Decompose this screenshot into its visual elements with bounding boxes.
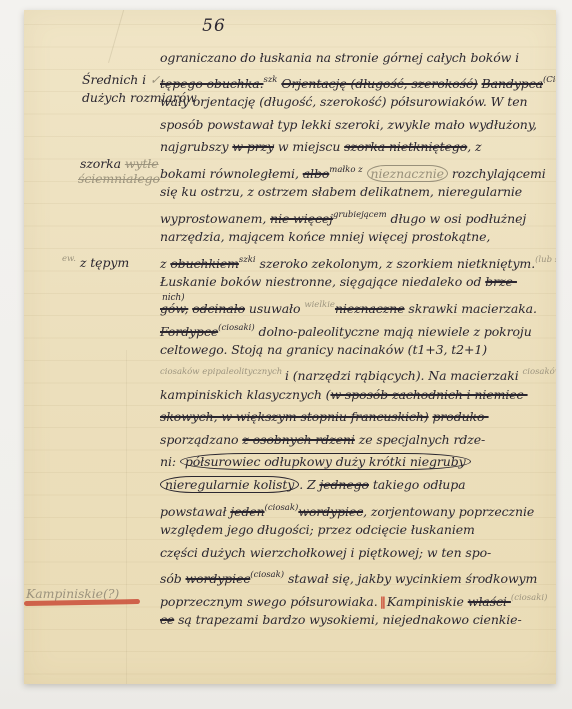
manuscript-line: Fordypce(ciosaki) dolno-paleolityczne ma… (160, 320, 532, 340)
manuscript-line: z obuchkiemszki szeroko zekolonym, z szo… (160, 252, 556, 272)
manuscript-line: części dużych wierzchołkowej i piętkowej… (160, 545, 491, 561)
text-segment: części dużych wierzchołkowej i piętkowej… (160, 545, 491, 560)
text-segment: ograniczano do łuskania na stronie górne… (160, 50, 519, 65)
text-segment: celtowego. Stoją na granicy nacinaków (t… (160, 342, 487, 357)
text-segment: wielkie (304, 300, 335, 310)
margin-note-line: szorka wytłe (80, 156, 159, 172)
manuscript-line: ciosaków epipaleolitycznych i (narzędzi … (160, 364, 556, 384)
manuscript-line: tępego obuchka.szk Orjentację (długość, … (160, 72, 556, 92)
text-segment: jeden (230, 504, 264, 519)
text-segment: wytłe (125, 156, 159, 171)
text-segment: (ciosaki) (218, 323, 255, 333)
text-segment: (ciosak) (250, 570, 284, 580)
manuscript-line: poprzecznym swego półsurowiaka.‖Kampinis… (160, 590, 547, 610)
text-segment: skowych, w większym stopniu francuskich) (160, 409, 429, 424)
text-segment: , z (467, 139, 481, 154)
manuscript-line: celtowego. Stoją na granicy nacinaków (t… (160, 342, 487, 358)
text-segment: (ciosak) (265, 503, 299, 513)
text-segment: nie więcej (270, 211, 333, 226)
text-segment: z (160, 256, 170, 271)
text-segment: Orjentację (długość, szerokość) (281, 76, 477, 91)
text-segment: . Z (299, 477, 319, 492)
text-segment: ni: (160, 454, 180, 469)
manuscript-line: sporządzano z osobnych rdzeni ze specjal… (160, 432, 485, 448)
text-segment: Bandypca (482, 76, 543, 91)
text-segment: Kampiniskie(?) (26, 586, 119, 601)
text-segment: półsurowiec odłupkowy duży krótki niegru… (180, 453, 471, 470)
manuscript-line: skowych, w większym stopniu francuskich)… (160, 409, 489, 425)
text-segment: ew. (62, 254, 76, 264)
text-segment: wordypiec (298, 504, 363, 519)
text-segment: powstawał (160, 504, 230, 519)
text-segment: względem jego długości; przez odcięcie ł… (160, 522, 475, 537)
manuscript-line: narzędzia, mającem końce mniej więcej pr… (160, 229, 490, 245)
text-segment: wały orjentację (długość, szerokość) pół… (160, 94, 527, 109)
manuscript-line: wały orjentację (długość, szerokość) pół… (160, 94, 527, 110)
text-segment: nieznaczne (335, 301, 405, 316)
text-segment: ‖ (378, 594, 387, 609)
text-segment: szki (239, 255, 256, 265)
text-segment: szorka (80, 156, 125, 171)
manuscript-line: bokami równoległemi, albomałko z nieznac… (160, 162, 546, 182)
manuscript-line: ni: półsurowiec odłupkowy duży krótki ni… (160, 454, 471, 470)
text-segment: są trapezami bardzo wysokiemi, niejednak… (174, 612, 521, 627)
manuscript-line: najgrubszy w przy w miejscu szorka nietk… (160, 139, 481, 155)
manuscript-line: gów, odcinało usuwało wielkienieznaczne … (160, 297, 537, 317)
text-segment: się ku ostrzu, z ostrzem słabem delikatn… (160, 184, 522, 199)
text-segment: skrawki macierzaka. (405, 301, 537, 316)
text-segment: brze- (485, 274, 517, 289)
page-number: 56 (184, 16, 244, 36)
text-segment: tępego obuchka. (160, 76, 263, 91)
text-segment: ce (160, 612, 174, 627)
text-segment: (Ciosaki) (543, 75, 556, 85)
text-segment: usuwało (245, 301, 304, 316)
text-segment: Fordypce (160, 324, 218, 339)
paper: 56 Średnich i ✓dużych rozmiarówszorka wy… (24, 10, 556, 684)
text-segment: wyprostowanem, (160, 211, 270, 226)
manuscript-line: powstawał jeden(ciosak)wordypiec, zorjen… (160, 500, 534, 520)
text-segment: ✓ (150, 72, 160, 87)
text-segment: Średnich i (82, 72, 150, 87)
text-segment: szk (263, 75, 277, 85)
text-segment (363, 166, 367, 181)
text-segment: w przy (232, 139, 274, 154)
text-segment: małko z (329, 165, 362, 175)
text-segment: ciosaków epipaleolitycznych (160, 367, 285, 377)
manuscript-line: Łuskanie boków niestronne, sięgające nie… (160, 274, 517, 290)
text-segment: ściemniałego (78, 171, 160, 186)
manuscript-line: ograniczano do łuskania na stronie górne… (160, 50, 519, 66)
text-segment: obuchkiem (170, 256, 239, 271)
text-segment: najgrubszy (160, 139, 232, 154)
text-segment: sób (160, 571, 186, 586)
text-segment: w sposób zachodnich i niemiec- (330, 387, 527, 402)
text-segment: długo w osi podłużnej (387, 211, 527, 226)
text-segment: wordypiec (186, 571, 251, 586)
text-segment: szorka nietkniętego (344, 139, 467, 154)
text-segment: gów, (160, 301, 188, 316)
text-segment: odcinało (192, 301, 245, 316)
text-segment: ciosaków (522, 367, 556, 377)
text-segment: albo (303, 166, 330, 181)
text-segment: sposób powstawał typ lekki szeroki, zwyk… (160, 117, 537, 132)
paper-crease (126, 350, 127, 684)
text-segment: w miejscu (274, 139, 344, 154)
manuscript-line: wyprostowanem, nie więcejgrubiejącem dłu… (160, 207, 526, 227)
text-segment: Kampiniskie (387, 594, 468, 609)
text-segment: narzędzia, mającem końce mniej więcej pr… (160, 229, 490, 244)
margin-note-line: ściemniałego (78, 171, 160, 187)
text-segment: , zorjentowany poprzecznie (363, 504, 534, 519)
manuscript-line: względem jego długości; przez odcięcie ł… (160, 522, 475, 538)
text-segment: stawał się, jakby wycinkiem środkowym (284, 571, 537, 586)
text-segment: właści- (468, 594, 511, 609)
text-segment: grubiejącem (333, 210, 387, 220)
text-segment: Łuskanie boków niestronne, sięgające nie… (160, 274, 485, 289)
text-segment: poprzecznym swego półsurowiaka. (160, 594, 378, 609)
text-segment: z tępym (76, 255, 129, 270)
margin-note-line: Kampiniskie(?) (26, 586, 119, 602)
margin-note-line: ew. z tępym (62, 251, 129, 271)
text-segment: nieznacznie (367, 165, 448, 182)
manuscript-line: sposób powstawał typ lekki szeroki, zwyk… (160, 117, 537, 133)
margin-note-line: Średnich i ✓ (82, 72, 160, 88)
text-segment: i (narzędzi rąbiących). Na macierzaki (285, 368, 523, 383)
text-segment: jednego (319, 477, 369, 492)
text-segment: kampiniskich klasycznych ( (160, 387, 330, 402)
text-segment: (ciosaki) (511, 593, 548, 603)
text-segment: bokami równoległemi, (160, 166, 303, 181)
text-segment: ze specjalnych rdze- (355, 432, 485, 447)
manuscript-line: się ku ostrzu, z ostrzem słabem delikatn… (160, 184, 522, 200)
manuscript-line: kampiniskich klasycznych (w sposób zacho… (160, 387, 528, 403)
text-segment: rozchylającemi (448, 166, 546, 181)
text-segment: dolno-paleolityczne mają niewiele z pokr… (255, 324, 532, 339)
text-segment: nieregularnie kolisty (160, 476, 299, 493)
text-segment: z osobnych rdzeni (242, 432, 354, 447)
manuscript-line: nieregularnie kolisty. Z jednego takiego… (160, 477, 466, 493)
text-segment: szeroko zekolonym, z szorkiem nietknięty… (256, 256, 535, 271)
text-segment: (lub szczątkowym) (535, 255, 556, 265)
manuscript-line: ce są trapezami bardzo wysokiemi, niejed… (160, 612, 522, 628)
text-segment: sporządzano (160, 432, 242, 447)
text-segment: produko- (433, 409, 489, 424)
photo-background: 56 Średnich i ✓dużych rozmiarówszorka wy… (0, 0, 572, 709)
manuscript-line: sób wordypiec(ciosak) stawał się, jakby … (160, 567, 537, 587)
text-segment: takiego odłupa (369, 477, 466, 492)
paper-crease (108, 10, 125, 63)
